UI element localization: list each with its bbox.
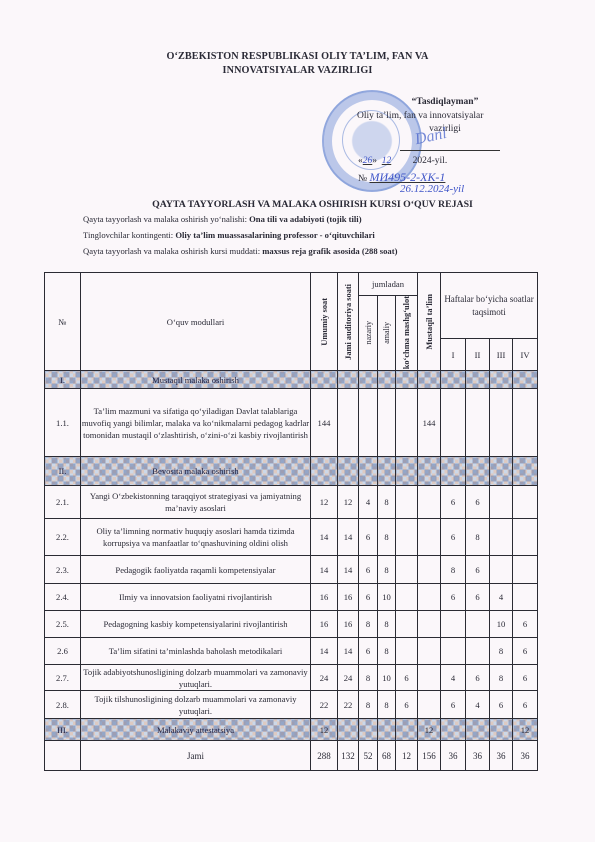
independent-hours [418,556,441,584]
row-number: 2.6 [45,638,81,665]
ministry-header: O‘ZBEKISTON RESPUBLIKASI OLIY TA’LIM, FA… [0,50,595,78]
week-4-hours: 6 [513,665,538,691]
section-row: II.Bevosita malaka oshirish [45,457,538,486]
field-hours [396,556,418,584]
header-num: № [45,273,81,371]
theory-hours [359,457,378,486]
module-title: Bevosita malaka oshirish [81,457,311,486]
total-hours: 16 [311,611,338,638]
week-2-hours [466,389,490,457]
row-number: 2.3. [45,556,81,584]
header-auditorium: Jami auditoriya soati [338,273,359,371]
module-title: Mustaqil malaka oshirish [81,371,311,389]
field-hours [396,638,418,665]
module-title: Tojik tilshunosligining dolzarb muammola… [81,691,311,719]
independent-hours [418,486,441,519]
independent-hours [418,457,441,486]
week-4-hours [513,486,538,519]
table-row: 2.6Ta’lim sifatini ta’minlashda baholash… [45,638,538,665]
module-title: Jami [81,741,311,771]
total-hours: 24 [311,665,338,691]
total-hours: 288 [311,741,338,771]
independent-hours: 12 [418,719,441,741]
field-hours [396,584,418,611]
practice-hours [378,457,396,486]
total-hours: 14 [311,556,338,584]
auditorium-hours [338,457,359,486]
field-hours: 12 [396,741,418,771]
week-1-hours: 6 [441,519,466,556]
week-4-hours: 6 [513,691,538,719]
week-2-hours [466,457,490,486]
header-independent: Mustaqil ta’lim [418,273,441,371]
independent-hours [418,519,441,556]
row-number: II. [45,457,81,486]
info-label: Qayta tayyorlash va malaka oshirish yo‘n… [83,214,249,224]
independent-hours [418,665,441,691]
module-title: Yangi O‘zbekistonning taraqqiyot strateg… [81,486,311,519]
week-4-hours: 12 [513,719,538,741]
table-row: 2.7.Tojik adabiyotshunosligining dolzarb… [45,665,538,691]
week-3-hours: 4 [490,584,513,611]
practice-hours: 8 [378,486,396,519]
week-3-hours: 6 [490,691,513,719]
auditorium-hours: 14 [338,519,359,556]
week-1-hours: 6 [441,691,466,719]
week-4-hours [513,371,538,389]
week-1-hours [441,457,466,486]
theory-hours [359,389,378,457]
week-2-hours: 6 [466,486,490,519]
auditorium-hours: 132 [338,741,359,771]
theory-hours [359,371,378,389]
info-value: maxsus reja grafik asosida (288 soat) [262,246,397,256]
module-title: Ta’lim mazmuni va sifatiga qo‘yiladigan … [81,389,311,457]
practice-hours: 10 [378,584,396,611]
row-number: III. [45,719,81,741]
date-quote-close: » [372,156,377,166]
header-module: O‘quv modullari [81,273,311,371]
module-title: Pedagogning kasbiy kompetensiyalarini ri… [81,611,311,638]
header-week-3: III [490,339,513,371]
auditorium-hours: 22 [338,691,359,719]
practice-hours: 68 [378,741,396,771]
table-row: 2.2.Oliy ta’limning normativ huquqiy aso… [45,519,538,556]
header-practice: amaliy [378,296,396,371]
independent-hours [418,691,441,719]
signature-line [400,150,500,151]
practice-hours [378,719,396,741]
table-row: 2.1.Yangi O‘zbekistonning taraqqiyot str… [45,486,538,519]
week-4-hours: 36 [513,741,538,771]
field-hours: 6 [396,691,418,719]
info-duration: Qayta tayyorlash va malaka oshirish kurs… [83,246,397,256]
total-row: Jami28813252681215636363636 [45,741,538,771]
week-1-hours: 36 [441,741,466,771]
row-number: 2.1. [45,486,81,519]
week-1-hours: 4 [441,665,466,691]
table-row: 2.8.Tojik tilshunosligining dolzarb muam… [45,691,538,719]
info-value: Oliy ta’lim muassasalarining professor -… [175,230,375,240]
total-hours: 144 [311,389,338,457]
header-weeks: Haftalar bo‘yicha soatlar taqsimoti [441,273,538,339]
independent-hours [418,611,441,638]
auditorium-hours [338,719,359,741]
week-2-hours: 6 [466,556,490,584]
independent-hours: 156 [418,741,441,771]
week-3-hours [490,556,513,584]
header-total: Umumiy soat [311,273,338,371]
header-week-2: II [466,339,490,371]
plan-title: QAYTA TAYYORLASH VA MALAKA OSHIRISH KURS… [0,199,595,210]
auditorium-hours: 14 [338,638,359,665]
module-title: Malakaviy attestatsiya [81,719,311,741]
row-number: 2.8. [45,691,81,719]
week-2-hours: 36 [466,741,490,771]
header-independent-label: Mustaqil ta’lim [425,294,434,350]
theory-hours [359,719,378,741]
practice-hours: 8 [378,519,396,556]
header-week-4: IV [513,339,538,371]
week-4-hours [513,584,538,611]
approval-title: “Tasdiqlayman” [340,96,540,110]
info-value: Ona tili va adabiyoti (tojik tili) [249,214,361,224]
week-3-hours: 8 [490,665,513,691]
practice-hours: 8 [378,556,396,584]
ministry-line-2: INNOVATSIYALAR VAZIRLIGI [0,64,595,78]
ministry-line-1: O‘ZBEKISTON RESPUBLIKASI OLIY TA’LIM, FA… [0,50,595,64]
week-3-hours [490,486,513,519]
row-number: 2.4. [45,584,81,611]
theory-hours: 8 [359,691,378,719]
theory-hours: 8 [359,611,378,638]
table-row: 2.4.Ilmiy va innovatsion faoliyatni rivo… [45,584,538,611]
practice-hours: 8 [378,638,396,665]
approval-month: 12 [382,156,392,166]
row-number: 2.7. [45,665,81,691]
module-title: Ta’lim sifatini ta’minlashda baholash me… [81,638,311,665]
theory-hours: 4 [359,486,378,519]
week-3-hours [490,719,513,741]
total-hours [311,457,338,486]
theory-hours: 6 [359,556,378,584]
approval-day: 26 [363,156,373,166]
table-row: 1.1.Ta’lim mazmuni va sifatiga qo‘yiladi… [45,389,538,457]
handwritten-date: 26.12.2024-yil [400,183,464,195]
week-4-hours: 6 [513,638,538,665]
week-2-hours: 8 [466,519,490,556]
week-2-hours: 4 [466,691,490,719]
week-4-hours [513,389,538,457]
row-number: 2.2. [45,519,81,556]
total-hours: 22 [311,691,338,719]
week-2-hours: 6 [466,584,490,611]
week-1-hours [441,611,466,638]
week-2-hours [466,719,490,741]
week-3-hours [490,519,513,556]
week-1-hours [441,719,466,741]
theory-hours: 6 [359,638,378,665]
week-2-hours [466,611,490,638]
auditorium-hours: 16 [338,584,359,611]
week-3-hours [490,371,513,389]
header-practice-label: amaliy [382,322,391,344]
auditorium-hours: 24 [338,665,359,691]
header-theory-label: nazariy [364,321,373,345]
total-hours [311,371,338,389]
practice-hours [378,371,396,389]
header-week-1: I [441,339,466,371]
week-4-hours: 6 [513,611,538,638]
field-hours [396,486,418,519]
field-hours [396,719,418,741]
approval-line-1: Oliy ta’lim, fan va innovatsiyalar [340,110,540,124]
week-3-hours [490,457,513,486]
header-including: jumladan [359,273,418,296]
info-label: Qayta tayyorlash va malaka oshirish kurs… [83,246,262,256]
curriculum-body: I.Mustaqil malaka oshirish1.1.Ta’lim maz… [45,371,538,771]
info-label: Tinglovchilar kontingenti: [83,230,175,240]
week-3-hours: 10 [490,611,513,638]
row-number: I. [45,371,81,389]
theory-hours: 8 [359,665,378,691]
info-contingent: Tinglovchilar kontingenti: Oliy ta’lim m… [83,230,375,240]
practice-hours: 10 [378,665,396,691]
week-1-hours [441,389,466,457]
week-1-hours [441,371,466,389]
independent-hours: 144 [418,389,441,457]
curriculum-table: № O‘quv modullari Umumiy soat Jami audit… [44,272,538,771]
week-1-hours [441,638,466,665]
module-title: Oliy ta’limning normativ huquqiy asoslar… [81,519,311,556]
field-hours: 6 [396,665,418,691]
info-direction: Qayta tayyorlash va malaka oshirish yo‘n… [83,214,362,224]
header-auditorium-label: Jami auditoriya soati [344,284,353,360]
header-theory: nazariy [359,296,378,371]
table-row: 2.5.Pedagogning kasbiy kompetensiyalarin… [45,611,538,638]
week-2-hours: 6 [466,665,490,691]
auditorium-hours: 14 [338,556,359,584]
total-hours: 12 [311,719,338,741]
section-row: I.Mustaqil malaka oshirish [45,371,538,389]
auditorium-hours: 12 [338,486,359,519]
module-title: Pedagogik faoliyatda raqamli kompetensiy… [81,556,311,584]
row-number: 1.1. [45,389,81,457]
row-number: 2.5. [45,611,81,638]
number-value: МИ495-2-ХК-1 [369,170,445,184]
week-2-hours [466,638,490,665]
number-prefix: № [358,174,367,184]
week-2-hours [466,371,490,389]
week-1-hours: 8 [441,556,466,584]
row-number [45,741,81,771]
table-row: 2.3.Pedagogik faoliyatda raqamli kompete… [45,556,538,584]
independent-hours [418,638,441,665]
practice-hours [378,389,396,457]
field-hours [396,457,418,486]
auditorium-hours: 16 [338,611,359,638]
header-field-label: ko‘chma mashg‘ulot [402,296,411,369]
practice-hours: 8 [378,691,396,719]
total-hours: 14 [311,638,338,665]
field-hours [396,611,418,638]
field-hours [396,371,418,389]
week-4-hours [513,519,538,556]
total-hours: 14 [311,519,338,556]
week-1-hours: 6 [441,584,466,611]
total-hours: 12 [311,486,338,519]
independent-hours [418,371,441,389]
module-title: Tojik adabiyotshunosligining dolzarb mua… [81,665,311,691]
header-total-label: Umumiy soat [320,298,329,346]
theory-hours: 6 [359,519,378,556]
independent-hours [418,584,441,611]
header-field: ko‘chma mashg‘ulot [396,296,418,371]
auditorium-hours [338,371,359,389]
week-3-hours [490,389,513,457]
week-3-hours: 8 [490,638,513,665]
approval-date: «26» 12 2024-yil. [358,156,447,166]
theory-hours: 6 [359,584,378,611]
field-hours [396,519,418,556]
week-1-hours: 6 [441,486,466,519]
module-title: Ilmiy va innovatsion faoliyatni rivojlan… [81,584,311,611]
section-row: III.Malakaviy attestatsiya121212 [45,719,538,741]
field-hours [396,389,418,457]
week-4-hours [513,457,538,486]
theory-hours: 52 [359,741,378,771]
approval-year: 2024-yil. [413,156,448,166]
practice-hours: 8 [378,611,396,638]
auditorium-hours [338,389,359,457]
week-3-hours: 36 [490,741,513,771]
total-hours: 16 [311,584,338,611]
week-4-hours [513,556,538,584]
